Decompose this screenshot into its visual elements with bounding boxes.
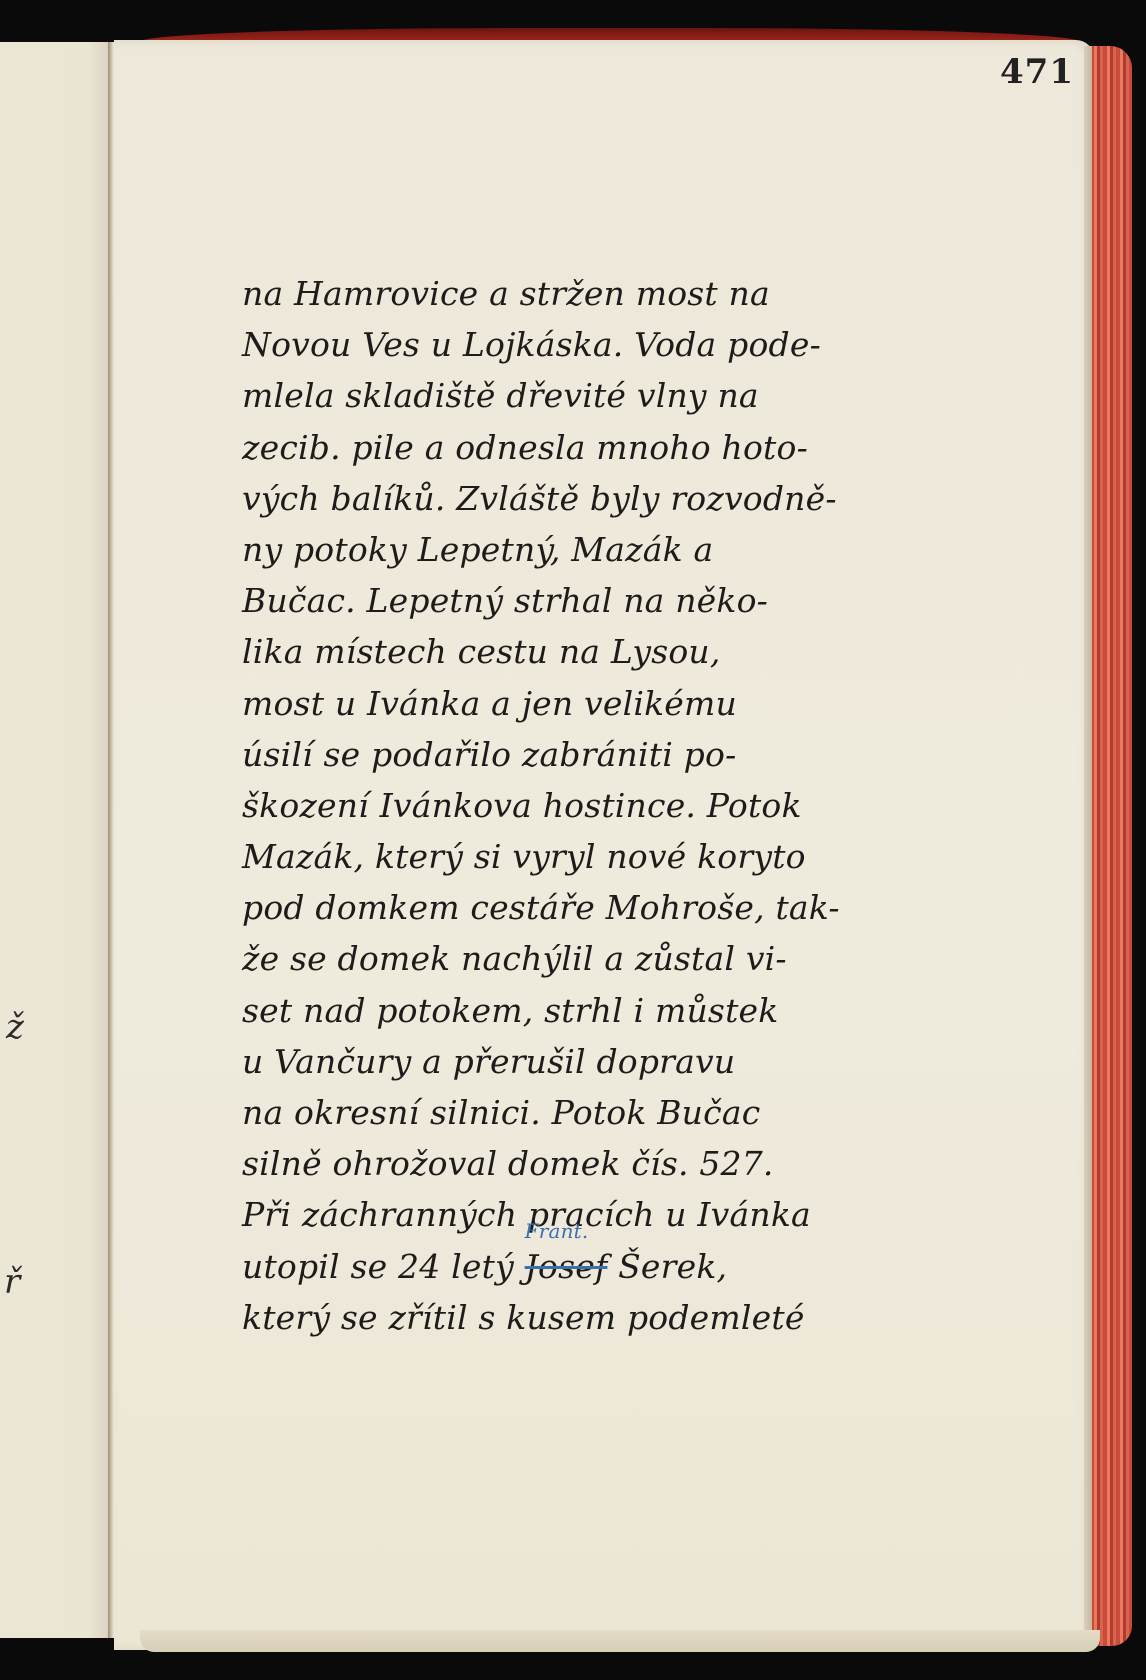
text-line: Mazák, který si vyryl nové koryto <box>242 831 882 882</box>
text-line: na okresní silnici. Potok Bučac <box>242 1087 882 1138</box>
text-line: mlela skladiště dřevité vlny na <box>242 370 882 421</box>
text-line: most u Ivánka a jen velikému <box>242 678 882 729</box>
text-line: vých balíků. Zvláště byly rozvodně- <box>242 473 882 524</box>
text-line: u Vančury a přerušil dopravu <box>242 1036 882 1087</box>
text-line: úsilí se podařilo zabrániti po- <box>242 729 882 780</box>
text-line: ny potoky Lepetný, Mazák a <box>242 524 882 575</box>
line-text: Šerek, <box>607 1247 727 1286</box>
text-line: že se domek nachýlil a zůstal vi- <box>242 933 882 984</box>
text-line: škození Ivánkova hostince. Potok <box>242 780 882 831</box>
text-line: set nad potokem, strhl i můstek <box>242 985 882 1036</box>
text-line: Bučac. Lepetný strhal na něko- <box>242 575 882 626</box>
page-number: 471 <box>1000 52 1074 92</box>
left-page: ž ř <box>0 42 110 1638</box>
text-line-with-correction: utopil se 24 letý Frant.Josef Šerek, <box>242 1241 882 1292</box>
handwritten-text: na Hamrovice a stržen most na Novou Ves … <box>242 268 882 1343</box>
page-edges-red <box>1090 46 1132 1646</box>
left-page-fragment: ž <box>6 1007 24 1047</box>
text-line: zecib. pile a odnesla mnoho hoto- <box>242 422 882 473</box>
text-line: na Hamrovice a stržen most na <box>242 268 882 319</box>
text-line: lika místech cestu na Lysou, <box>242 626 882 677</box>
text-line: Novou Ves u Lojkáska. Voda pode- <box>242 319 882 370</box>
line-text: utopil se 24 letý <box>242 1247 525 1286</box>
blue-correction: Frant. <box>525 1221 589 1241</box>
struck-word-text: Josef <box>525 1247 608 1286</box>
text-line: který se zřítil s kusem podemleté <box>242 1292 882 1343</box>
text-line: silně ohrožoval domek čís. 527. <box>242 1138 882 1189</box>
text-line: pod domkem cestáře Mohroše, tak- <box>242 882 882 933</box>
left-page-fragment: ř <box>4 1262 20 1302</box>
scanned-book-spread: ž ř 471 na Hamrovice a stržen most na No… <box>0 0 1146 1680</box>
page-stack-bottom <box>140 1630 1100 1652</box>
struck-word: Frant.Josef <box>525 1247 608 1286</box>
